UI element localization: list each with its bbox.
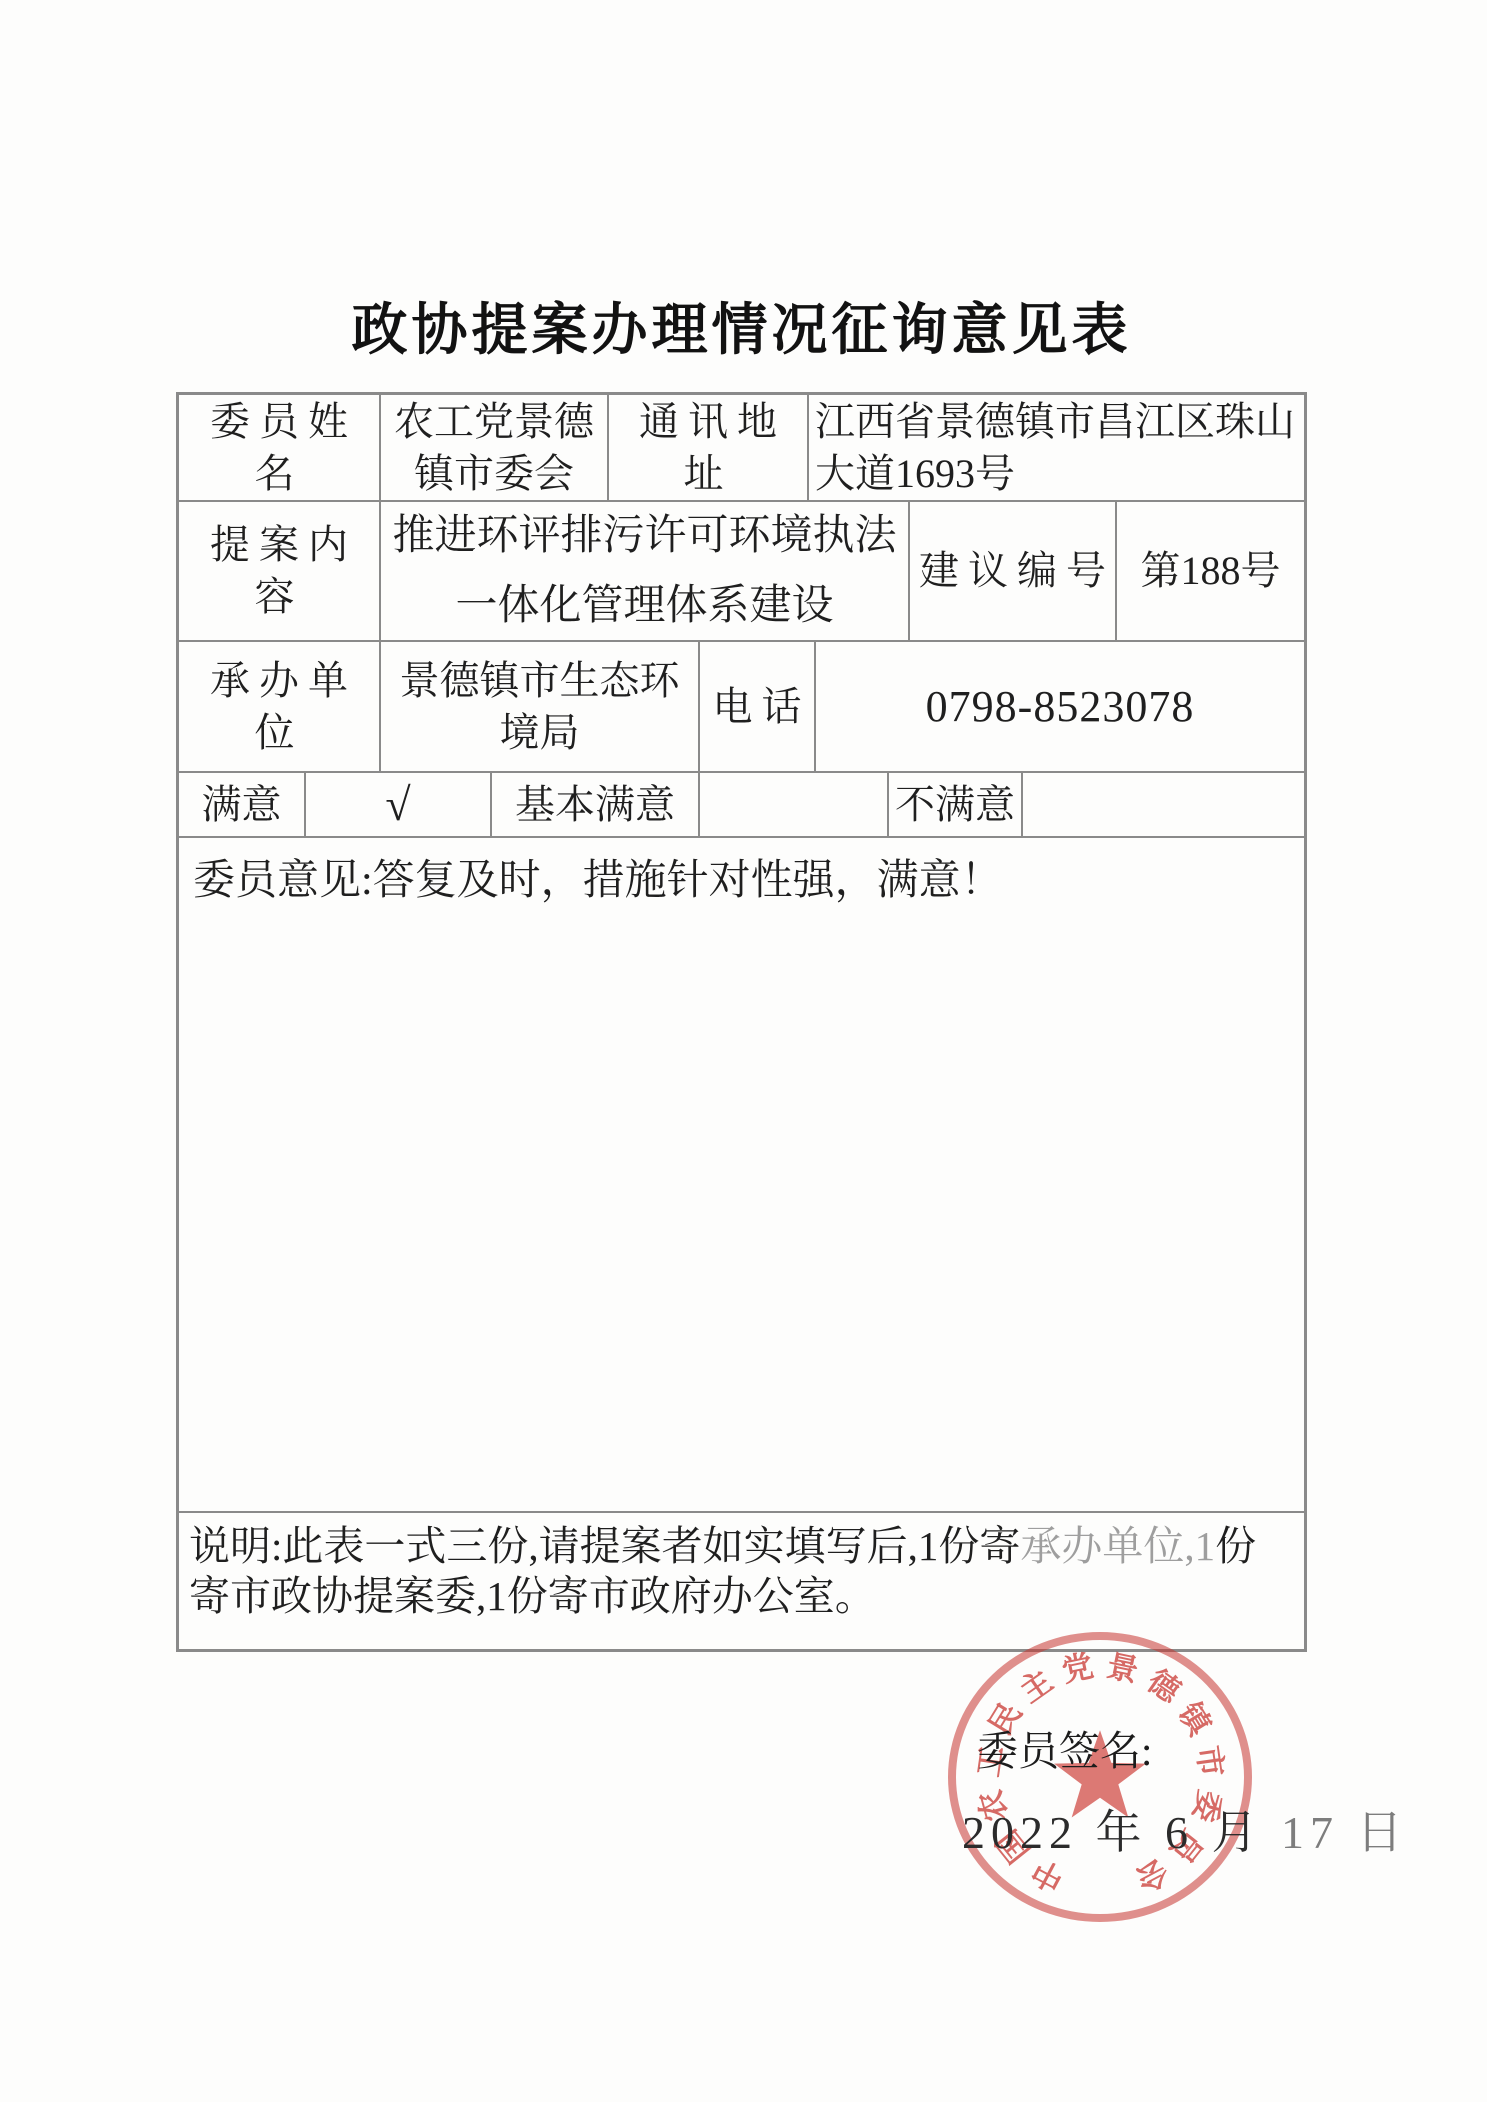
official-seal: 中国农工民主党景德镇市委员会 <box>948 1632 1252 1922</box>
member-name-label: 委员姓名 <box>179 395 381 500</box>
table-row-note: 说明:此表一式三份,请提案者如实填写后,1份寄承办单位,1份寄市政协提案委,1份… <box>179 1513 1304 1649</box>
member-opinion-text: 委员意见:答复及时，措施针对性强，满意！ <box>179 838 1304 1511</box>
unsatisfied-mark-cell <box>1023 773 1304 836</box>
proposal-content-value: 推进环评排污许可环境执法 一体化管理体系建设 <box>381 502 910 640</box>
unsatisfied-label: 不满意 <box>889 773 1023 836</box>
signature-date-day: 17 日 <box>1281 1807 1409 1858</box>
scanned-form-page: 政协提案办理情况征询意见表 委员姓名 农工党景德 镇市委会 通讯地址 江西省景德… <box>0 0 1487 2102</box>
note-text-faded: 承办单位,1 <box>1020 1523 1215 1569</box>
satisfied-label: 满意 <box>179 773 306 836</box>
table-row-proposal: 提案内容 推进环评排污许可环境执法 一体化管理体系建设 建议编号 第188号 <box>179 502 1304 642</box>
organizer-label: 承办单位 <box>179 642 381 771</box>
member-name-value: 农工党景德 镇市委会 <box>381 395 609 500</box>
form-table: 委员姓名 农工党景德 镇市委会 通讯地址 江西省景德镇市昌江区珠山 大道1693… <box>176 392 1307 1652</box>
page-title: 政协提案办理情况征询意见表 <box>176 286 1307 366</box>
signature-date: 2022 年 6 月 17 日 <box>962 1796 1409 1862</box>
organizer-value: 景德镇市生态环 境局 <box>381 642 700 771</box>
note-text: 说明:此表一式三份,请提案者如实填写后,1份寄承办单位,1份寄市政协提案委,1份… <box>179 1513 1304 1649</box>
table-row-satisfaction: 满意 √ 基本满意 不满意 <box>179 773 1304 838</box>
member-signature-label: 委员签名: <box>977 1718 1152 1777</box>
satisfied-checkmark: √ <box>306 773 492 836</box>
basically-satisfied-mark-cell <box>700 773 889 836</box>
table-row-member: 委员姓名 农工党景德 镇市委会 通讯地址 江西省景德镇市昌江区珠山 大道1693… <box>179 395 1304 502</box>
basically-satisfied-label: 基本满意 <box>492 773 700 836</box>
note-text-part1: 说明:此表一式三份,请提案者如实填写后,1份寄 <box>189 1523 1020 1569</box>
phone-label: 电话 <box>700 642 816 771</box>
address-label: 通讯地址 <box>609 395 809 500</box>
proposal-content-label: 提案内容 <box>179 502 381 640</box>
signature-date-main: 2022 年 6 月 <box>962 1807 1281 1858</box>
proposal-number-value: 第188号 <box>1117 502 1304 640</box>
proposal-number-label: 建议编号 <box>910 502 1117 640</box>
table-row-organizer: 承办单位 景德镇市生态环 境局 电话 0798-8523078 <box>179 642 1304 773</box>
address-value: 江西省景德镇市昌江区珠山 大道1693号 <box>809 395 1304 500</box>
table-row-opinion: 委员意见:答复及时，措施针对性强，满意！ <box>179 838 1304 1513</box>
phone-value: 0798-8523078 <box>816 642 1304 771</box>
